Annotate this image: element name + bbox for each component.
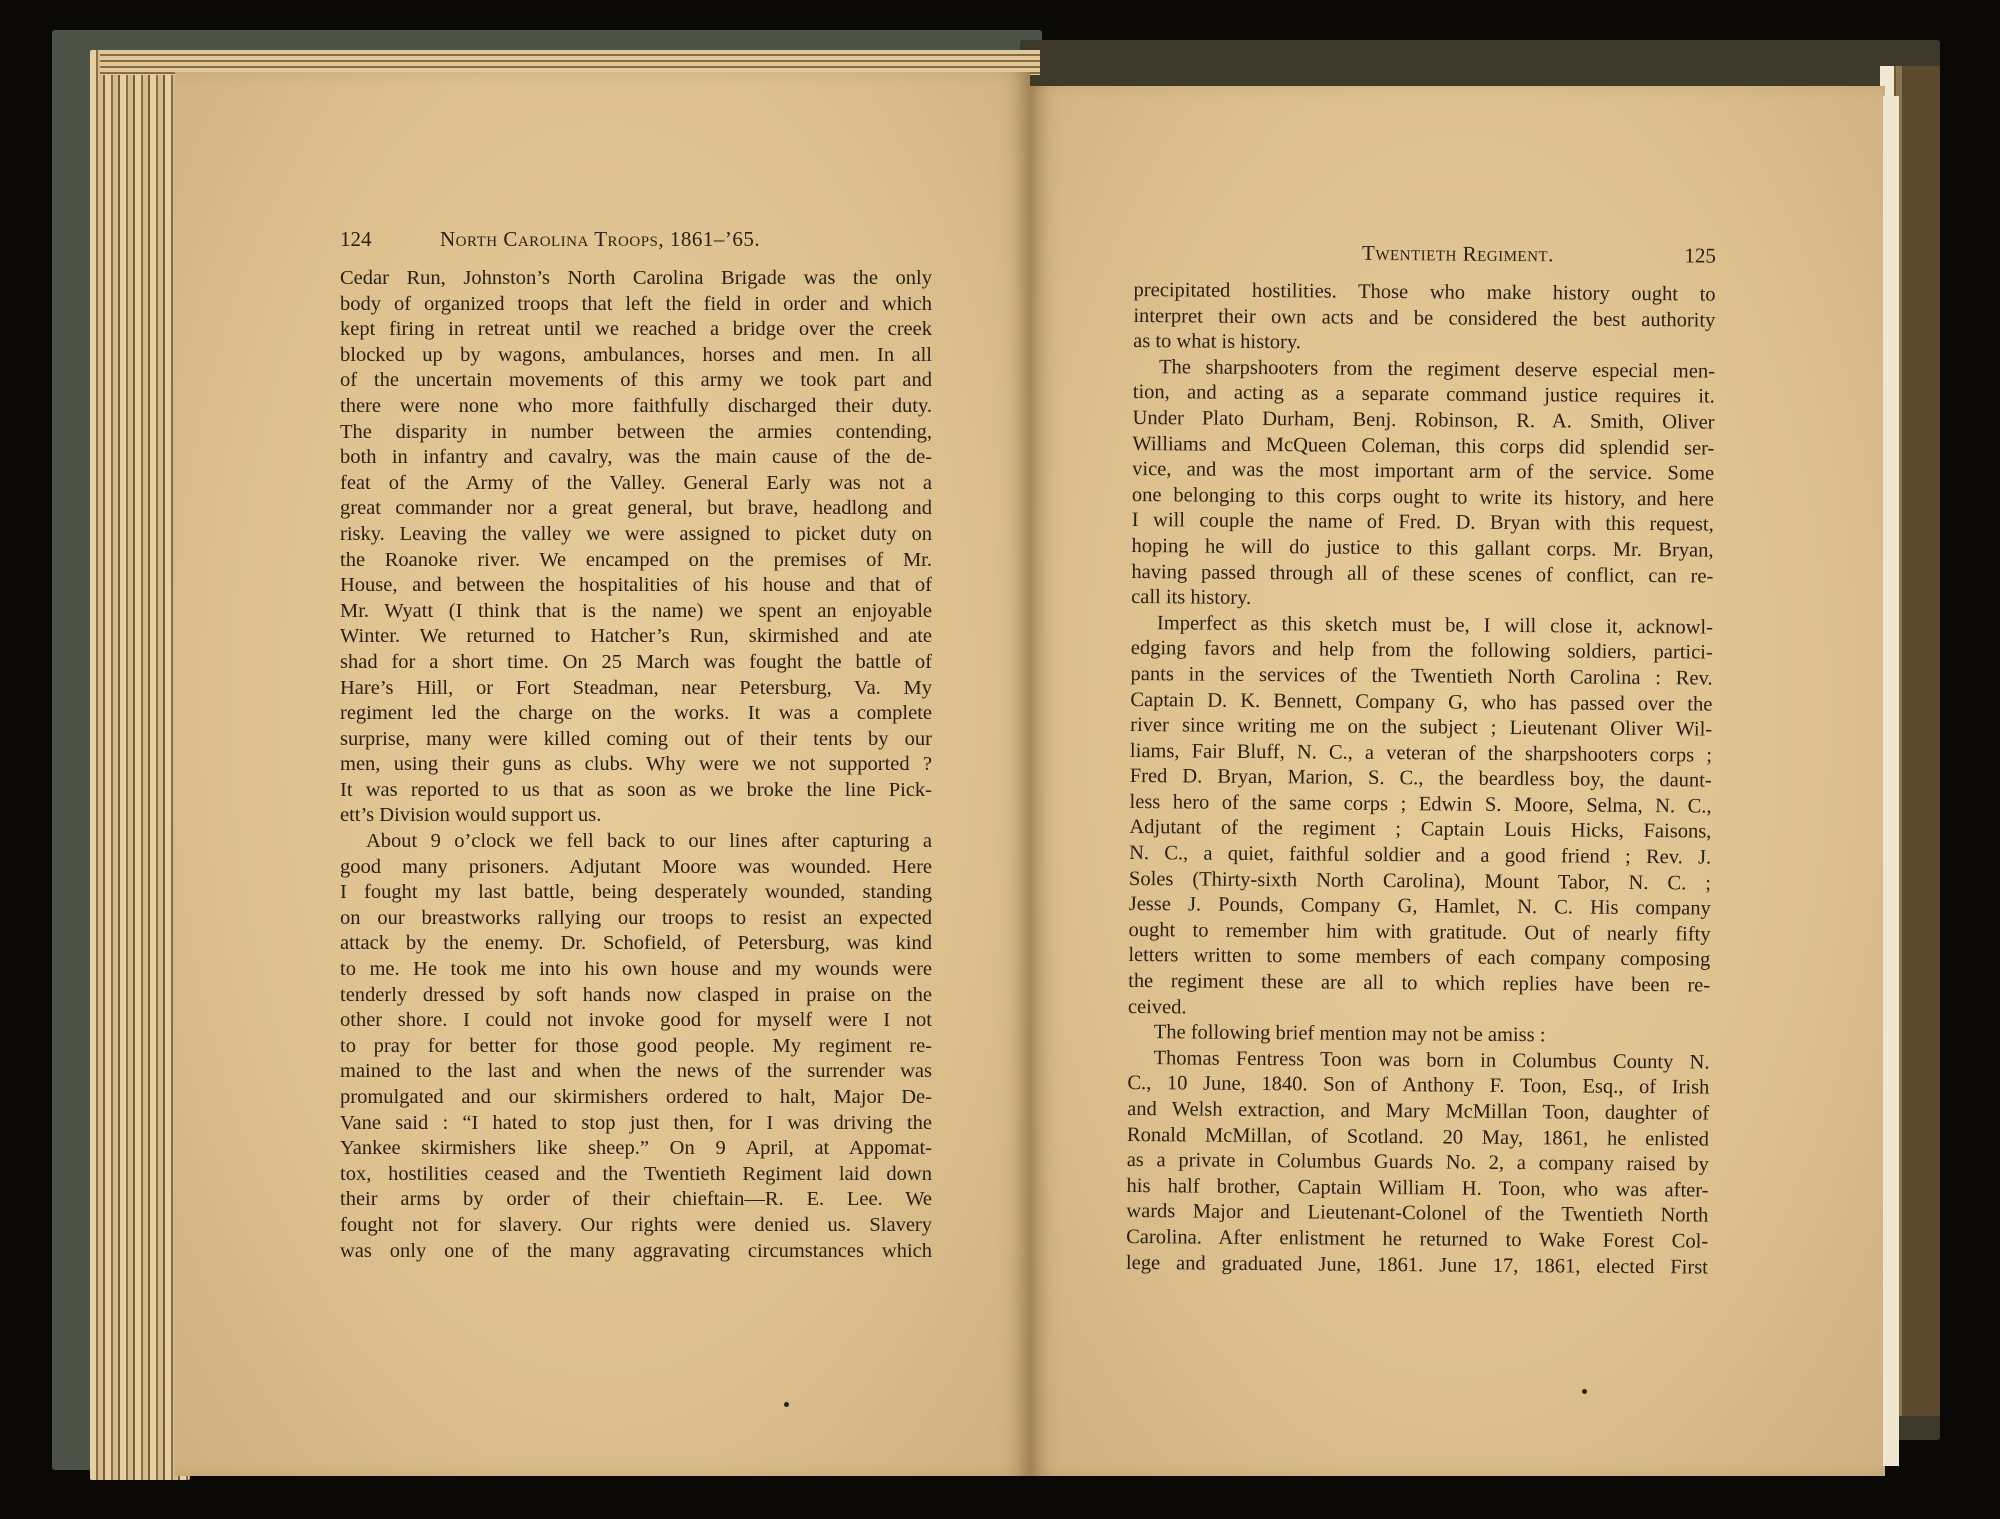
text-line: and Welsh extraction, and Mary McMillan …	[1127, 1097, 1709, 1127]
text-line: feat of the Army of the Valley. General …	[340, 471, 932, 497]
text-line: precipitated hostilities. Those who make…	[1133, 278, 1715, 308]
text-line: House, and between the hospitalities of …	[340, 573, 932, 599]
text-line: both in infantry and cavalry, was the ma…	[340, 445, 932, 471]
text-line: Winter. We returned to Hatcher’s Run, sk…	[340, 624, 932, 650]
text-line: Carolina. After enlistment he returned t…	[1126, 1225, 1708, 1255]
right-page-text: Twentieth Regiment. 125 precipitated hos…	[1126, 238, 1716, 1281]
text-line: About 9 o’clock we fell back to our line…	[340, 829, 932, 855]
page-number: 124	[340, 226, 440, 252]
text-line: lege and graduated June, 1861. June 17, …	[1126, 1251, 1708, 1281]
text-line: to me. He took me into his own house and…	[340, 957, 932, 983]
text-line: good many prisoners. Adjutant Moore was …	[340, 855, 932, 881]
text-line: surprise, many were killed coming out of…	[340, 727, 932, 753]
page-speck	[784, 1402, 789, 1407]
text-line: great commander nor a great general, but…	[340, 496, 932, 522]
left-running-head: 124North Carolina Troops, 1861–’65.	[340, 226, 932, 252]
text-line: shad for a short time. On 25 March was f…	[340, 650, 932, 676]
right-page-body: precipitated hostilities. Those who make…	[1126, 278, 1716, 1281]
text-line: body of organized troops that left the f…	[340, 292, 932, 318]
text-line: was only one of the many aggravating cir…	[340, 1239, 932, 1265]
text-line: to pray for better for those good people…	[340, 1034, 932, 1060]
text-line: The disparity in number between the armi…	[340, 420, 932, 446]
text-line: Under Plato Durham, Benj. Robinson, R. A…	[1132, 406, 1714, 436]
text-line: Hare’s Hill, or Fort Steadman, near Pete…	[340, 676, 932, 702]
text-line: kept firing in retreat until we reached …	[340, 317, 932, 343]
left-page-body: Cedar Run, Johnston’s North Carolina Bri…	[340, 266, 932, 1264]
text-line: tox, hostilities ceased and the Twentiet…	[340, 1162, 932, 1188]
right-running-head: Twentieth Regiment. 125	[1134, 238, 1716, 269]
text-line: blocked up by wagons, ambulances, horses…	[340, 343, 932, 369]
text-line: attack by the enemy. Dr. Schofield, of P…	[340, 931, 932, 957]
text-line: fought not for slavery. Our rights were …	[340, 1213, 932, 1239]
text-line: other shore. I could not invoke good for…	[340, 1008, 932, 1034]
page-number: 125	[1684, 242, 1716, 268]
text-line: hoping he will do justice to this gallan…	[1131, 534, 1713, 564]
text-line: pants in the services of the Twentieth N…	[1130, 662, 1712, 692]
text-line: I fought my last battle, being desperate…	[340, 880, 932, 906]
text-line: Cedar Run, Johnston’s North Carolina Bri…	[340, 266, 932, 292]
text-line: Vane said : “I hated to stop just then, …	[340, 1111, 932, 1137]
text-line: their arms by order of their chieftain—R…	[340, 1187, 932, 1213]
text-line: regiment led the charge on the works. It…	[340, 701, 932, 727]
left-page-text: 124North Carolina Troops, 1861–’65. Ceda…	[340, 226, 932, 1264]
text-line: of the uncertain movements of this army …	[340, 368, 932, 394]
text-line: It was reported to us that as soon as we…	[340, 778, 932, 804]
text-line: tenderly dressed by soft hands now clasp…	[340, 983, 932, 1009]
text-line: promulgated and our skirmishers ordered …	[340, 1085, 932, 1111]
running-head-title: Twentieth Regiment.	[1134, 238, 1554, 267]
text-line: men, using their guns as clubs. Why were…	[340, 752, 932, 778]
right-page-fore-edge	[1883, 96, 1899, 1466]
text-line: there were none who more faithfully disc…	[340, 394, 932, 420]
text-line: Yankee skirmishers like sheep.” On 9 Apr…	[340, 1136, 932, 1162]
text-line: the regiment these are all to which repl…	[1128, 969, 1710, 999]
text-line: on our breastworks rallying our troops t…	[340, 906, 932, 932]
text-line: ett’s Division would support us.	[340, 803, 932, 829]
text-line: mained to the last and when the news of …	[340, 1059, 932, 1085]
text-line: Mr. Wyatt (I think that is the name) we …	[340, 599, 932, 625]
text-line: the Roanoke river. We encamped on the pr…	[340, 548, 932, 574]
page-speck	[1582, 1389, 1587, 1394]
text-line: risky. Leaving the valley we were assign…	[340, 522, 932, 548]
running-head-title: North Carolina Troops, 1861–’65.	[440, 227, 760, 251]
